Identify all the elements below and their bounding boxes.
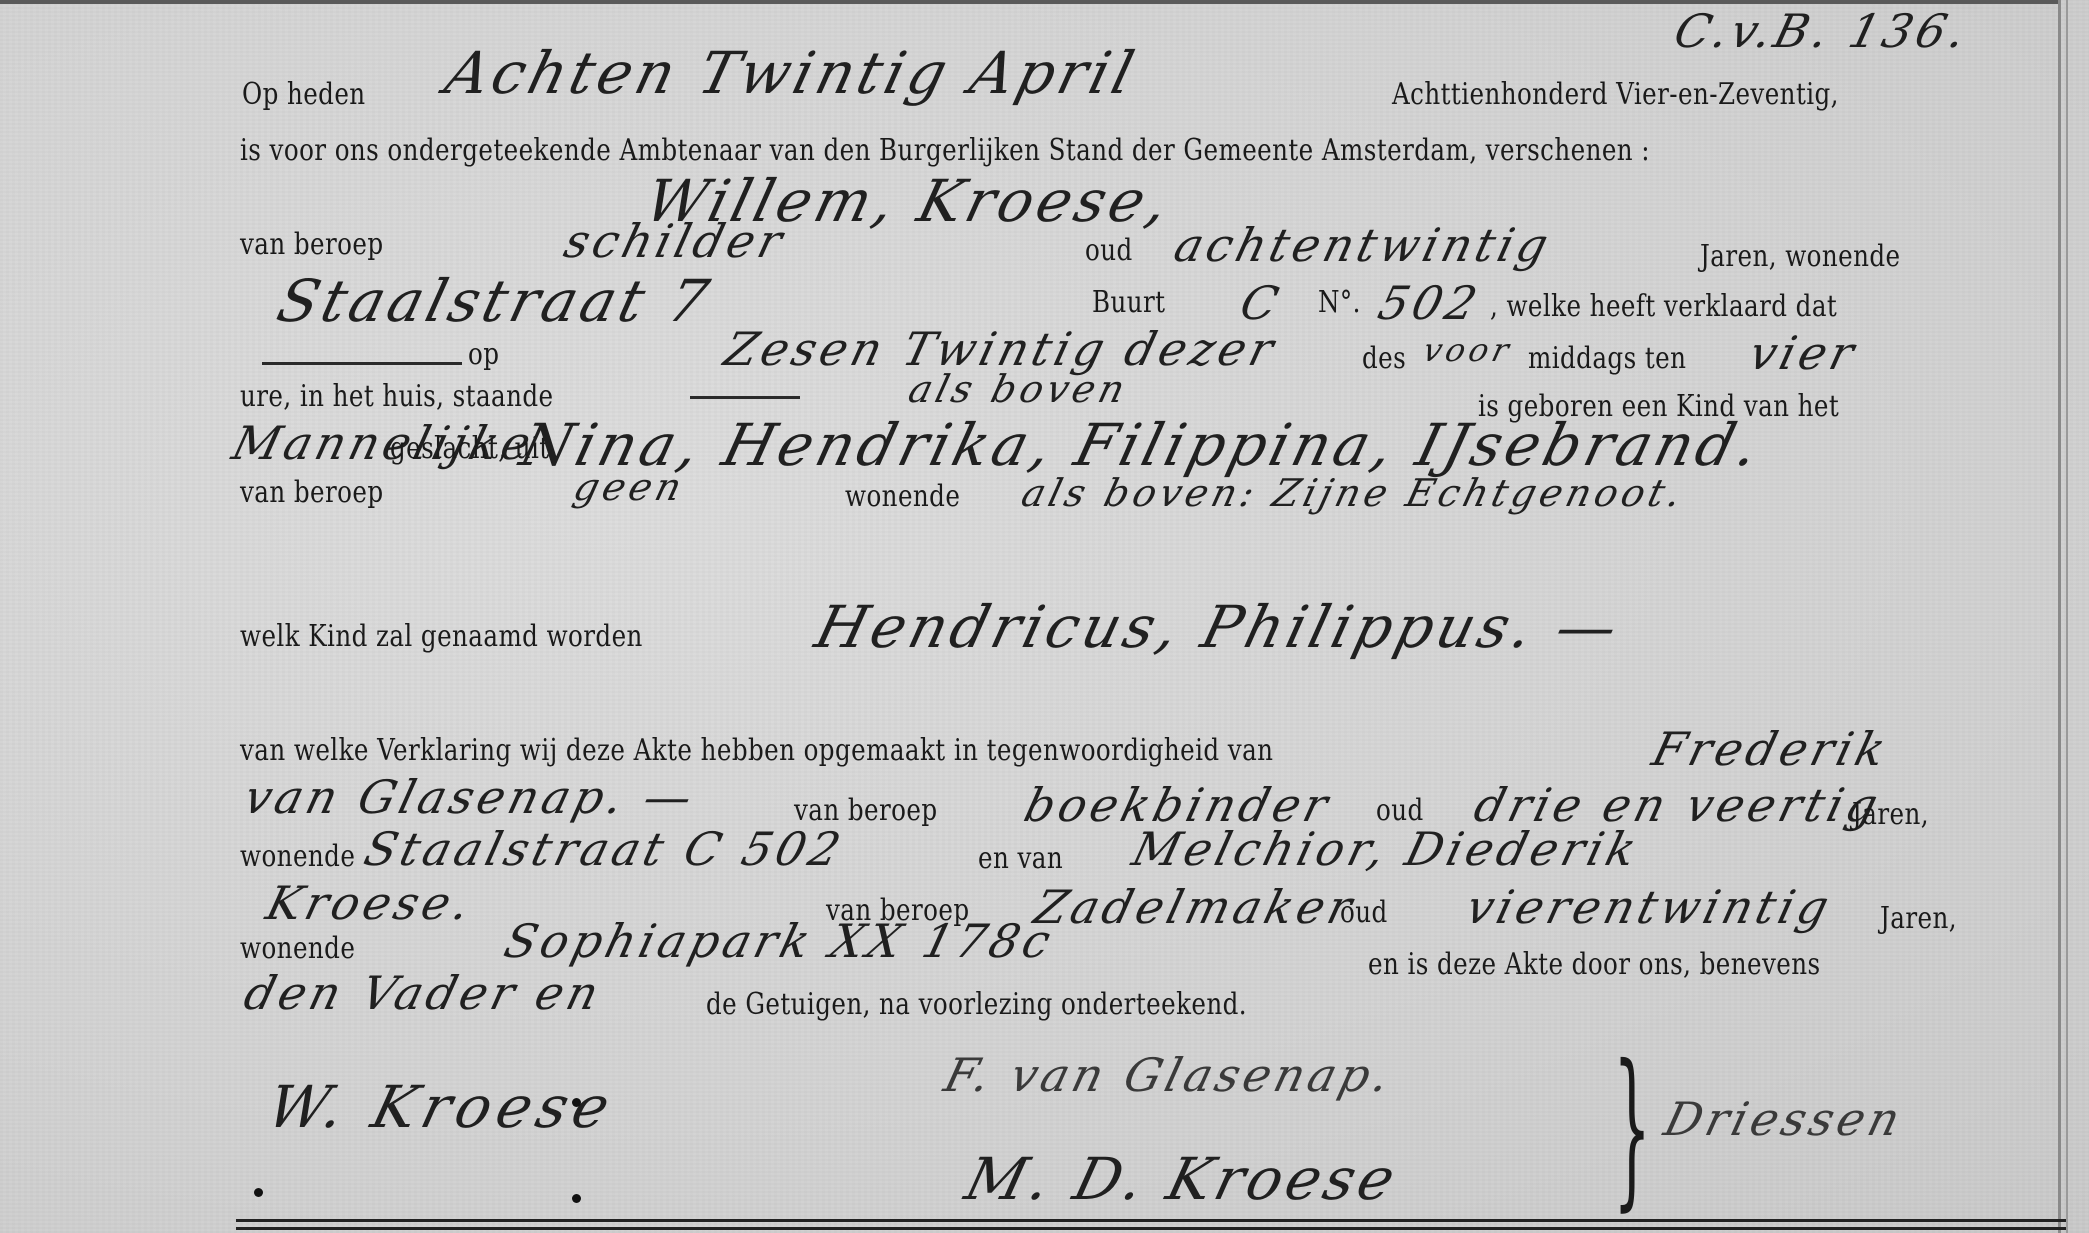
label-en-van: en van <box>978 844 1063 874</box>
handwritten-birth-day: Zesen Twintig dezer <box>720 326 1282 372</box>
handwritten-house-number: 502 <box>1374 280 1485 326</box>
bottom-double-rule-bottom <box>236 1227 2066 1230</box>
label-jaren-witness1: Jaren, <box>1852 800 1929 830</box>
reference-number: C.v.B. 136. <box>1670 8 1974 54</box>
handwritten-mother-residence: als boven: Zijne Echtgenoot. <box>1018 474 1689 512</box>
label-des: des <box>1362 344 1406 374</box>
label-wonende-mother: wonende <box>845 482 960 512</box>
signature-brace: } <box>1613 1043 1651 1213</box>
signature-dot <box>254 1188 263 1197</box>
label-op-heden: Op heden <box>242 80 366 110</box>
signature-witness2: M. D. Kroese <box>960 1150 1404 1208</box>
label-oud-father: oud <box>1085 236 1133 266</box>
handwritten-witness1-first: Frederik <box>1648 726 1894 772</box>
bottom-double-rule-top <box>236 1219 2066 1222</box>
document-page: C.v.B. 136. Op heden Achten Twintig Apri… <box>0 0 2089 1233</box>
handwritten-father-age: achtentwintig <box>1170 222 1556 268</box>
handwritten-den-vader: den Vader en <box>240 970 607 1016</box>
label-ure-huis: ure, in het huis, staande <box>240 382 554 412</box>
handwritten-mother-name: Nina, Hendrika, Filippina, IJsebrand. <box>515 416 1768 474</box>
label-getuigen: de Getuigen, na voorlezing onderteekend. <box>706 990 1247 1020</box>
right-border-rule-inner <box>2066 0 2068 1233</box>
blank-dash <box>262 362 462 365</box>
handwritten-child-name: Hendricus, Philippus. — <box>810 598 1627 656</box>
handwritten-father-occupation: schilder <box>560 218 791 264</box>
handwritten-hour: vier <box>1745 330 1862 376</box>
signature-official: Driessen <box>1660 1096 1908 1142</box>
label-verklaring: van welke Verklaring wij deze Akte hebbe… <box>240 736 1273 766</box>
handwritten-witness2-last: Kroese. <box>262 880 478 926</box>
handwritten-witness2-occupation: Zadelmaker <box>1030 884 1360 930</box>
handwritten-witness1-last: van Glasenap. — <box>240 774 701 820</box>
label-van-beroep-mother: van beroep <box>240 478 384 508</box>
right-border-rule <box>2058 0 2061 1233</box>
handwritten-father-address: Staalstraat 7 <box>272 272 718 330</box>
handwritten-date: Achten Twintig April <box>440 44 1143 102</box>
label-jaren-wonende: Jaren, wonende <box>1700 242 1900 272</box>
label-wonende-witness2: wonende <box>240 934 355 964</box>
label-jaren-witness2: Jaren, <box>1880 904 1957 934</box>
label-buurt: Buurt <box>1092 288 1165 318</box>
signature-dot <box>572 1194 581 1203</box>
label-wonende-witness1: wonende <box>240 842 355 872</box>
label-welk-kind: welk Kind zal genaamd worden <box>240 622 643 652</box>
label-official-statement: is voor ons ondergeteekende Ambtenaar va… <box>240 136 1650 166</box>
handwritten-witness2-address: Sophiapark XX 178c <box>500 918 1059 964</box>
handwritten-birth-place: als boven <box>905 370 1133 408</box>
label-nummer: N°. <box>1318 288 1361 318</box>
label-middags-ten: middags ten <box>1528 344 1686 374</box>
label-akte-door-ons: en is deze Akte door ons, benevens <box>1368 950 1821 980</box>
signature-witness1: F. van Glasenap. <box>940 1052 1398 1098</box>
label-van-beroep-father: van beroep <box>240 230 384 260</box>
label-welke-verklaard: , welke heeft verklaard dat <box>1490 292 1837 322</box>
label-oud-witness2: oud <box>1340 898 1388 928</box>
handwritten-buurt-letter: C <box>1236 280 1287 326</box>
label-op: op <box>468 340 499 370</box>
label-year: Achttienhonderd Vier-en-Zeventig, <box>1392 80 1839 110</box>
signature-dot <box>572 1098 581 1107</box>
blank-dash <box>690 396 800 399</box>
handwritten-voor: voor <box>1420 334 1516 366</box>
handwritten-witness1-address: Staalstraat C 502 <box>360 826 849 872</box>
handwritten-mother-occupation: geen <box>570 468 689 506</box>
signature-father: W. Kroese <box>262 1078 621 1136</box>
handwritten-witness2-name: Melchior, Diederik <box>1128 826 1645 872</box>
handwritten-witness2-age: vierentwintig <box>1462 884 1837 930</box>
